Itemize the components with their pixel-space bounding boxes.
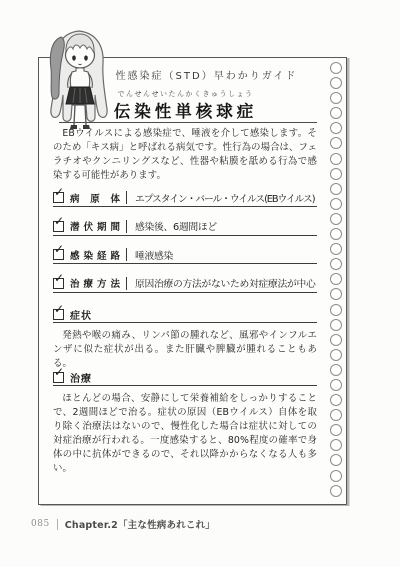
spec-label: 感染経路 bbox=[70, 248, 120, 262]
checkbox-check-icon: ✓ bbox=[53, 278, 64, 289]
binding-hole bbox=[330, 213, 342, 225]
section-label: 症状 bbox=[70, 307, 92, 322]
spec-divider bbox=[126, 191, 127, 204]
page-footer: 085 Chapter.2「主な性病あれこれ」 bbox=[31, 517, 215, 531]
spec-row-incubation: ✓ 潜伏期間 感染後、6週間ほど bbox=[53, 218, 317, 236]
spec-label: 治療方法 bbox=[70, 276, 120, 290]
spec-row-transmission: ✓ 感染経路 唾液感染 bbox=[53, 246, 317, 264]
girl-illustration bbox=[39, 25, 119, 151]
binding-hole bbox=[330, 349, 342, 361]
footer-separator bbox=[57, 519, 58, 530]
spec-row-treatment-method: ✓ 治療方法 原因治療の方法がないため対症療法が中心 bbox=[53, 275, 317, 293]
binding-hole bbox=[330, 273, 342, 285]
binding-hole bbox=[330, 334, 342, 346]
chapter-title: Chapter.2「主な性病あれこれ」 bbox=[65, 517, 215, 531]
binding-hole bbox=[330, 439, 342, 451]
binding-hole bbox=[330, 288, 342, 300]
binding-hole bbox=[330, 319, 342, 331]
checkbox-check-icon: ✓ bbox=[53, 192, 64, 203]
binding-hole bbox=[330, 62, 342, 74]
binding-hole bbox=[330, 454, 342, 466]
checkbox-check-icon: ✓ bbox=[53, 309, 64, 320]
spec-value: 原因治療の方法がないため対症療法が中心 bbox=[135, 276, 315, 290]
binding-holes-column bbox=[328, 62, 344, 497]
section-header-symptoms: ✓ 症状 bbox=[53, 306, 317, 323]
checkbox-check-icon: ✓ bbox=[53, 221, 64, 232]
binding-hole bbox=[330, 77, 342, 89]
spec-divider bbox=[126, 277, 127, 290]
binding-hole bbox=[330, 485, 342, 497]
treatment-paragraph: ほとんどの場合、安静にして栄養補給をしっかりすることで、2週間ほどで治る。症状の… bbox=[53, 392, 317, 476]
symptoms-paragraph: 発熱や喉の痛み、リンパ節の腫れなど、風邪やインフルエンザに似た症状が出る。また肝… bbox=[53, 329, 317, 371]
binding-hole bbox=[330, 364, 342, 376]
spec-divider bbox=[126, 248, 127, 261]
spec-divider bbox=[126, 220, 127, 233]
binding-hole bbox=[330, 228, 342, 240]
binding-hole bbox=[330, 198, 342, 210]
checkbox-check-icon: ✓ bbox=[53, 249, 64, 260]
book-page: 性感染症（STD）早わかりガイド でんせんせいたんかくきゅうしょう 伝染性単核球… bbox=[0, 0, 400, 567]
spec-table: ✓ 病原体 エプスタイン・バール・ウイルス(EBウイルス) ✓ 潜伏期間 感染後… bbox=[53, 189, 317, 303]
binding-hole bbox=[330, 409, 342, 421]
binding-hole bbox=[330, 183, 342, 195]
spec-value: 唾液感染 bbox=[135, 248, 173, 262]
binding-hole bbox=[330, 304, 342, 316]
binding-hole bbox=[330, 137, 342, 149]
binding-hole bbox=[330, 379, 342, 391]
binding-hole bbox=[330, 92, 342, 104]
section-header-treatment: ✓ 治療 bbox=[53, 369, 317, 386]
binding-hole bbox=[330, 470, 342, 482]
binding-hole bbox=[330, 153, 342, 165]
section-label: 治療 bbox=[70, 370, 92, 385]
binding-hole bbox=[330, 243, 342, 255]
spec-row-pathogen: ✓ 病原体 エプスタイン・バール・ウイルス(EBウイルス) bbox=[53, 189, 317, 207]
spec-label: 病原体 bbox=[70, 191, 120, 205]
binding-hole bbox=[330, 394, 342, 406]
binding-hole bbox=[330, 122, 342, 134]
spec-value: エプスタイン・バール・ウイルス(EBウイルス) bbox=[135, 191, 314, 205]
checkbox-check-icon: ✓ bbox=[53, 372, 64, 383]
guide-series-title: 性感染症（STD）早わかりガイド bbox=[97, 67, 316, 82]
spec-value: 感染後、6週間ほど bbox=[135, 219, 217, 233]
page-number: 085 bbox=[31, 519, 50, 529]
binding-hole bbox=[330, 424, 342, 436]
spec-label: 潜伏期間 bbox=[70, 219, 120, 233]
binding-hole bbox=[330, 258, 342, 270]
binding-hole bbox=[330, 107, 342, 119]
binding-hole bbox=[330, 168, 342, 180]
